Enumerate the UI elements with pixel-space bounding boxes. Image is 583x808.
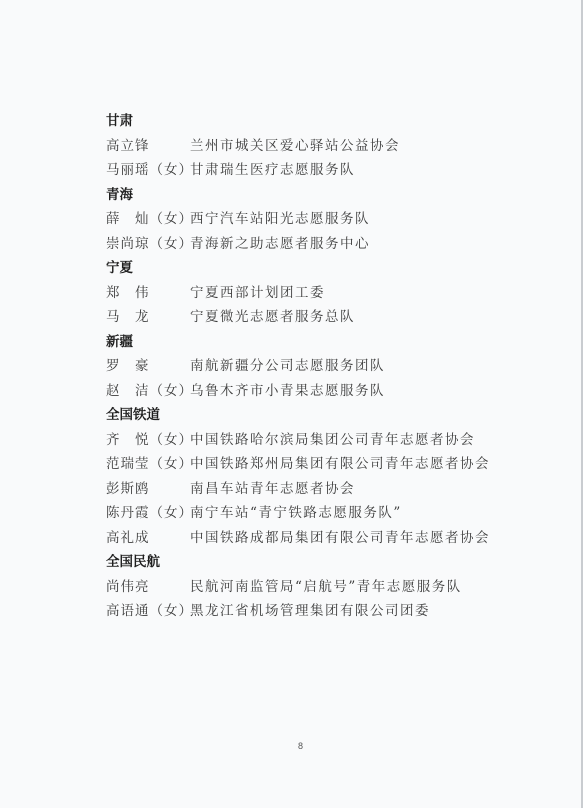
list-item: 马丽瑶（女）甘肃瑞生医疗志愿服务队 (106, 158, 490, 183)
person-name: 马 龙 (106, 305, 190, 330)
list-item: 罗 豪南航新疆分公司志愿服务团队 (106, 354, 490, 379)
person-name: 彭斯鸥 (106, 477, 190, 502)
organization: 宁夏西部计划团工委 (190, 281, 325, 306)
organization: 民航河南监管局“启航号”青年志愿服务队 (190, 575, 462, 600)
organization: 黑龙江省机场管理集团有限公司团委 (190, 599, 430, 624)
list-item: 齐 悦（女）中国铁路哈尔滨局集团公司青年志愿者协会 (106, 428, 490, 453)
region-heading: 新疆 (106, 330, 490, 355)
organization: 宁夏微光志愿者服务总队 (190, 305, 355, 330)
list-item: 赵 洁（女）乌鲁木齐市小青果志愿服务队 (106, 379, 490, 404)
list-item: 尚伟亮民航河南监管局“启航号”青年志愿服务队 (106, 575, 490, 600)
person-name: 崇尚琼（女） (106, 232, 190, 257)
organization: 兰州市城关区爱心驿站公益协会 (190, 134, 400, 159)
person-name: 马丽瑶（女） (106, 158, 190, 183)
organization: 南昌车站青年志愿者协会 (190, 477, 355, 502)
list-item: 高立锋兰州市城关区爱心驿站公益协会 (106, 134, 490, 159)
region-heading: 青海 (106, 183, 490, 208)
list-item: 彭斯鸥南昌车站青年志愿者协会 (106, 477, 490, 502)
organization: 南航新疆分公司志愿服务团队 (190, 354, 385, 379)
list-item: 陈丹霞（女）南宁车站“青宁铁路志愿服务队” (106, 501, 490, 526)
region-heading: 宁夏 (106, 256, 490, 281)
organization: 中国铁路哈尔滨局集团公司青年志愿者协会 (190, 428, 475, 453)
person-name: 罗 豪 (106, 354, 190, 379)
region-heading: 全国铁道 (106, 403, 490, 428)
person-name: 赵 洁（女） (106, 379, 190, 404)
person-name: 陈丹霞（女） (106, 501, 190, 526)
region-heading: 甘肃 (106, 109, 490, 134)
organization: 南宁车站“青宁铁路志愿服务队” (190, 501, 402, 526)
list-item: 薛 灿（女）西宁汽车站阳光志愿服务队 (106, 207, 490, 232)
person-name: 范瑞莹（女） (106, 452, 190, 477)
list-item: 高语通（女）黑龙江省机场管理集团有限公司团委 (106, 599, 490, 624)
document-page: 甘肃 高立锋兰州市城关区爱心驿站公益协会 马丽瑶（女）甘肃瑞生医疗志愿服务队 青… (0, 0, 583, 808)
region-heading: 全国民航 (106, 550, 490, 575)
page-number: 8 (298, 741, 303, 751)
list-item: 高礼成中国铁路成都局集团有限公司青年志愿者协会 (106, 526, 490, 551)
person-name: 高语通（女） (106, 599, 190, 624)
person-name: 薛 灿（女） (106, 207, 190, 232)
organization: 青海新之助志愿者服务中心 (190, 232, 370, 257)
person-name: 尚伟亮 (106, 575, 190, 600)
list-item: 马 龙宁夏微光志愿者服务总队 (106, 305, 490, 330)
person-name: 高立锋 (106, 134, 190, 159)
person-name: 高礼成 (106, 526, 190, 551)
organization: 甘肃瑞生医疗志愿服务队 (190, 158, 355, 183)
person-name: 郑 伟 (106, 281, 190, 306)
honor-list: 甘肃 高立锋兰州市城关区爱心驿站公益协会 马丽瑶（女）甘肃瑞生医疗志愿服务队 青… (106, 109, 490, 624)
organization: 中国铁路成都局集团有限公司青年志愿者协会 (190, 526, 490, 551)
list-item: 郑 伟宁夏西部计划团工委 (106, 281, 490, 306)
list-item: 崇尚琼（女）青海新之助志愿者服务中心 (106, 232, 490, 257)
person-name: 齐 悦（女） (106, 428, 190, 453)
organization: 西宁汽车站阳光志愿服务队 (190, 207, 370, 232)
list-item: 范瑞莹（女）中国铁路郑州局集团有限公司青年志愿者协会 (106, 452, 490, 477)
organization: 中国铁路郑州局集团有限公司青年志愿者协会 (190, 452, 490, 477)
organization: 乌鲁木齐市小青果志愿服务队 (190, 379, 385, 404)
